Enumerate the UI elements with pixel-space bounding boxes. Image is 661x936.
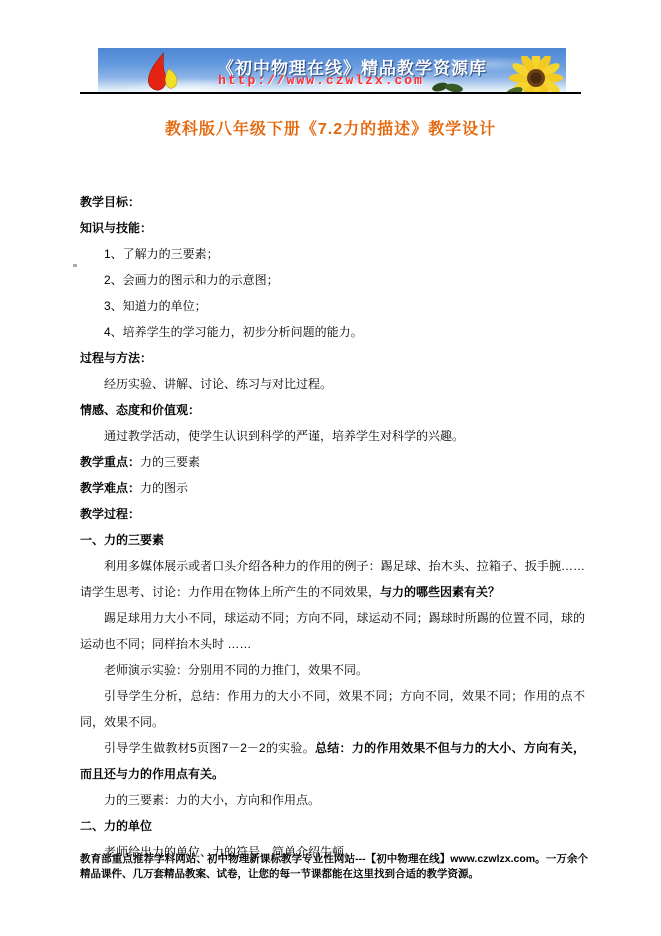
scan-artifact-dot [73, 264, 77, 267]
goal-item: 1、了解力的三要素； [80, 241, 585, 267]
paragraph-examples-question: 与力的哪些因素有关？ [380, 585, 500, 599]
difficulty-label: 教学难点： [80, 481, 140, 495]
teaching-key-point: 教学重点：力的三要素 [80, 449, 585, 475]
goal-item: 2、会画力的图示和力的示意图； [80, 267, 585, 293]
emotion-text: 通过教学活动，使学生认识到科学的严谨，培养学生对科学的兴趣。 [80, 423, 585, 449]
section-1-heading: 一、力的三要素 [80, 527, 585, 553]
teaching-difficulty: 教学难点：力的图示 [80, 475, 585, 501]
document-page: 《初中物理在线》精品教学资源库 http://www.czwlzx.com [0, 0, 661, 936]
document-title: 教科版八年级下册《7.2力的描述》教学设计 [0, 116, 661, 139]
page-footer: 教育部重点推荐学科网站、初中物理新课标教学专业性网站---【初中物理在线】www… [80, 852, 588, 881]
difficulty-text: 力的图示 [140, 481, 188, 495]
heading-knowledge-skills: 知识与技能： [80, 215, 585, 241]
flame-logo-icon [132, 52, 186, 92]
document-body: 教学目标： 知识与技能： 1、了解力的三要素； 2、会画力的图示和力的示意图； … [80, 189, 585, 865]
textbook-experiment-text: 引导学生做教材5页图7－2－2的实验。 [104, 741, 315, 755]
key-point-label: 教学重点： [80, 455, 140, 469]
foliage-icon [430, 78, 464, 92]
paragraph-textbook-experiment: 引导学生做教材5页图7－2－2的实验。总结：力的作用效果不但与力的大小、方向有关… [80, 735, 585, 787]
key-point-text: 力的三要素 [140, 455, 200, 469]
site-banner: 《初中物理在线》精品教学资源库 http://www.czwlzx.com [98, 48, 566, 92]
paragraph-examples: 利用多媒体展示或者口头介绍各种力的作用的例子：踢足球、抬木头、拉箱子、扳手腕……… [80, 553, 585, 605]
paragraph-three-elements: 力的三要素：力的大小，方向和作用点。 [80, 787, 585, 813]
paragraph-football: 踢足球用力大小不同，球运动不同；方向不同，球运动不同；踢球时所踢的位置不同，球的… [80, 605, 585, 657]
section-2-heading: 二、力的单位 [80, 813, 585, 839]
process-text: 经历实验、讲解、讨论、练习与对比过程。 [80, 371, 585, 397]
heading-emotion-values: 情感、态度和价值观： [80, 397, 585, 423]
paragraph-examples-text: 利用多媒体展示或者口头介绍各种力的作用的例子：踢足球、抬木头、拉箱子、扳手腕……… [80, 559, 585, 599]
goal-item: 4、培养学生的学习能力，初步分析问题的能力。 [80, 319, 585, 345]
sunflower-icon [502, 56, 564, 92]
banner-site-url: http://www.czwlzx.com [216, 73, 426, 88]
heading-teaching-procedure: 教学过程： [80, 501, 585, 527]
paragraph-demo-experiment: 老师演示实验：分别用不同的力推门，效果不同。 [80, 657, 585, 683]
paragraph-analysis-summary: 引导学生分析，总结：作用力的大小不同，效果不同；方向不同，效果不同；作用的点不同… [80, 683, 585, 735]
goal-item: 3、知道力的单位； [80, 293, 585, 319]
header-divider [80, 92, 581, 94]
heading-process-method: 过程与方法： [80, 345, 585, 371]
heading-teaching-goals: 教学目标： [80, 189, 585, 215]
